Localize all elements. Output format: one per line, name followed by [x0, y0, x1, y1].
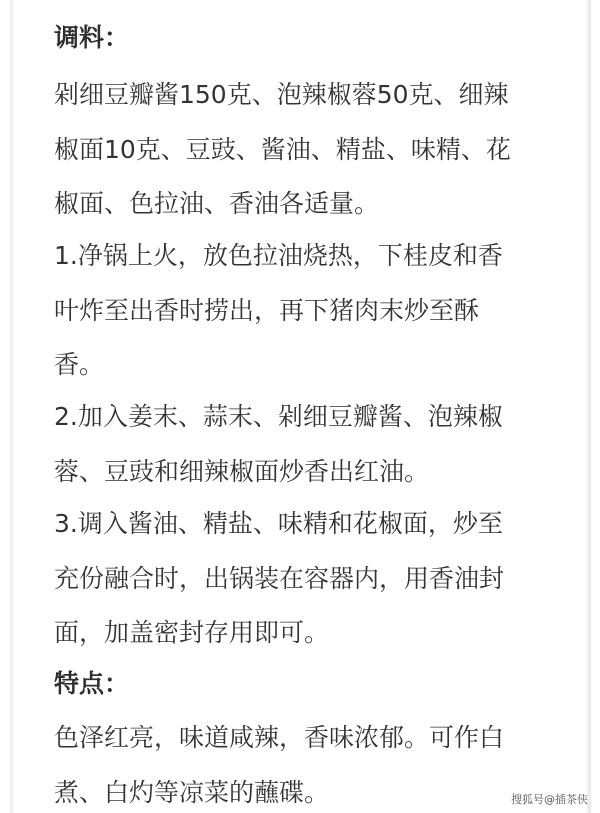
- left-border: [0, 0, 14, 813]
- step-3-line: 3.调入酱油、精盐、味精和花椒面，炒至: [54, 502, 554, 545]
- step-1-line: 叶炸至出香时捞出，再下猪肉末炒至酥: [54, 289, 554, 332]
- step-2-line: 2.加入姜末、蒜末、剁细豆瓣酱、泡辣椒: [54, 395, 554, 438]
- step-1-line: 1.净锅上火，放色拉油烧热，下桂皮和香: [54, 234, 554, 277]
- step-2-line: 蓉、豆豉和细辣椒面炒香出红油。: [54, 450, 554, 493]
- seasoning-line: 椒面、色拉油、香油各适量。: [54, 182, 554, 225]
- recipe-document: 调料： 剁细豆瓣酱150克、泡辣椒蓉50克、细辣 椒面10克、豆豉、酱油、精盐、…: [54, 12, 554, 813]
- step-3-line: 充份融合时，出锅装在容器内，用香油封: [54, 557, 554, 600]
- seasoning-heading: 调料：: [54, 16, 554, 59]
- features-line: 煮、白灼等凉菜的蘸碟。: [54, 771, 554, 813]
- step-3-line: 面，加盖密封存用即可。: [54, 611, 554, 654]
- seasoning-line: 椒面10克、豆豉、酱油、精盐、味精、花: [54, 128, 554, 171]
- seasoning-line: 剁细豆瓣酱150克、泡辣椒蓉50克、细辣: [54, 73, 554, 116]
- features-heading: 特点：: [54, 662, 554, 705]
- features-line: 色泽红亮，味道咸辣，香味浓郁。可作白: [54, 716, 554, 759]
- watermark: 搜狐号@插茶侠: [511, 791, 588, 807]
- right-border: [586, 0, 600, 813]
- step-1-line: 香。: [54, 343, 554, 386]
